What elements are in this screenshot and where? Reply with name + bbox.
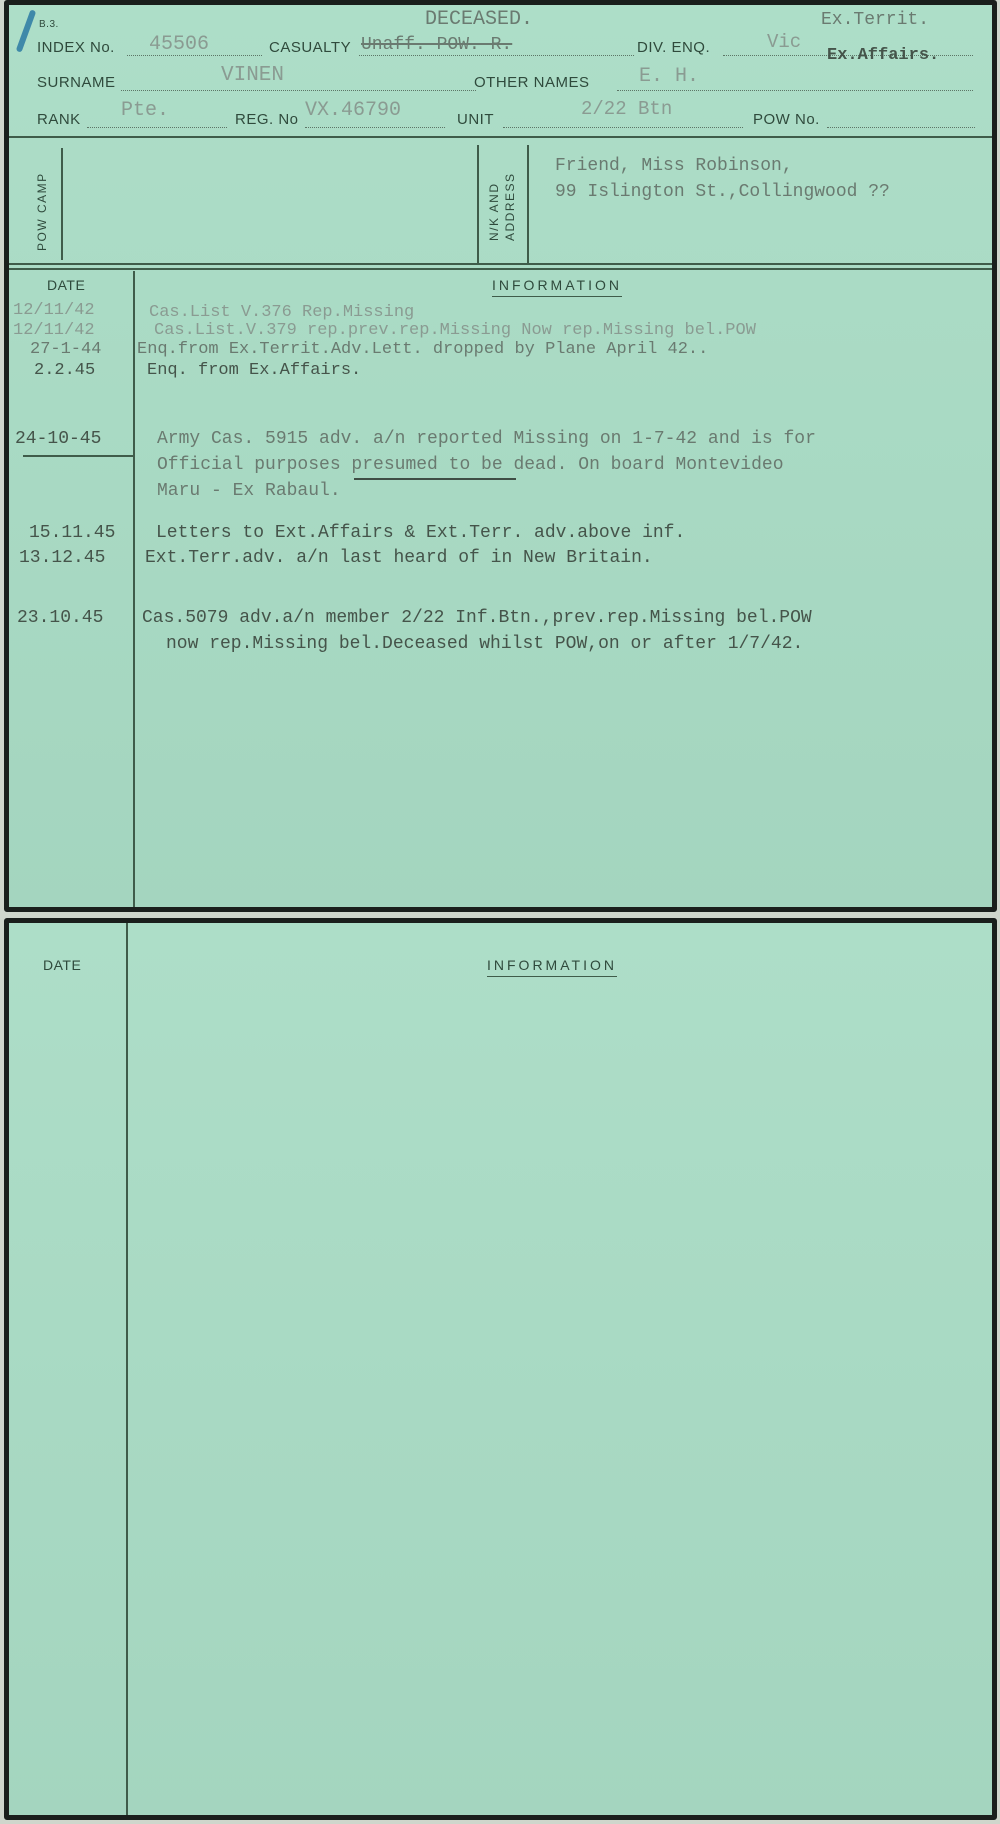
pow-no-line [827,127,975,128]
div-enq-label: DIV. ENQ. [637,39,710,56]
index-no-label: INDEX No. [37,39,115,56]
table-rule-2 [9,268,992,270]
nok-divider-right [527,145,529,263]
information-header: INFORMATION [487,957,617,977]
date-column-divider [126,923,128,1820]
nok-label-line2: ADDRESS [503,172,517,241]
reg-no-value: VX.46790 [305,99,401,122]
corner-code: B.3. [39,19,59,30]
rank-value: Pte. [121,99,169,122]
table-rule-1 [9,263,992,265]
entry-date: 12/11/42 [13,301,95,320]
entry-date: 27-1-44 [30,340,101,359]
entry-text: Enq.from Ex.Territ.Adv.Lett. dropped by … [137,340,708,359]
pow-no-label: POW No. [753,111,820,128]
entry-date: 24-10-45 [15,429,101,449]
index-no-value: 45506 [149,33,209,56]
div-enq-note-territ: Ex.Territ. [821,10,929,30]
entry-text: Maru - Ex Rabaul. [157,481,341,501]
entry-text: Cas.List.V.379 rep.prev.rep.Missing Now … [154,321,756,340]
other-names-label: OTHER NAMES [474,74,590,91]
casualty-struck-value: Unaff. POW. R. [361,35,512,55]
reg-no-line [305,127,445,128]
unit-value: 2/22 Btn [581,98,672,120]
record-card-back: DATE INFORMATION [4,918,997,1820]
entry-date: 12/11/42 [13,321,95,340]
rank-label: RANK [37,111,81,128]
other-names-value: E. H. [639,65,699,88]
entry-date-underline [23,455,133,457]
surname-label: SURNAME [37,74,116,91]
unit-line [503,127,743,128]
date-header: DATE [47,277,85,293]
entry-text: Army Cas. 5915 adv. a/n reported Missing… [157,429,816,449]
unit-label: UNIT [457,111,494,128]
pow-camp-label: POW CAMP [35,172,49,251]
surname-line [121,90,476,91]
date-header: DATE [43,957,81,973]
entry-text: Cas.5079 adv.a/n member 2/22 Inf.Btn.,pr… [142,608,812,628]
entry-text: Letters to Ext.Affairs & Ext.Terr. adv.a… [156,523,685,543]
casualty-status-deceased: DECEASED. [425,8,533,31]
rank-line [87,127,227,128]
casualty-line [359,55,634,56]
record-card-front: B.3. INDEX No. 45506 CASUALTY Unaff. POW… [4,0,997,912]
entry-date: 13.12.45 [19,548,105,568]
entry-text: Enq. from Ex.Affairs. [147,361,361,380]
entry-date: 23.10.45 [17,608,103,628]
entry-text: Ext.Terr.adv. a/n last heard of in New B… [145,548,653,568]
entry-date: 15.11.45 [29,523,115,543]
section-divider-top [9,136,992,138]
nok-divider-left [477,145,479,263]
reg-no-label: REG. No [235,111,299,128]
casualty-label: CASUALTY [269,39,351,56]
information-header: INFORMATION [492,277,622,297]
nok-label-line1: N/K AND [487,182,501,241]
blue-pen-mark [16,9,37,52]
presumed-dead-underline [354,478,516,480]
entry-text: Official purposes presumed to be dead. O… [157,455,784,475]
entry-text: now rep.Missing bel.Deceased whilst POW,… [166,634,803,654]
date-column-divider [133,271,135,912]
other-names-line [617,90,973,91]
entry-date: 2.2.45 [34,361,95,380]
div-enq-value: Vic [767,31,801,53]
nok-line-1: Friend, Miss Robinson, [555,156,793,176]
pow-camp-divider [61,148,63,260]
nok-line-2: 99 Islington St.,Collingwood ?? [555,182,890,202]
surname-value: VINEN [221,64,284,87]
div-enq-note-affairs: Ex.Affairs. [827,46,939,65]
entry-text: Cas.List V.376 Rep.Missing [149,303,414,322]
